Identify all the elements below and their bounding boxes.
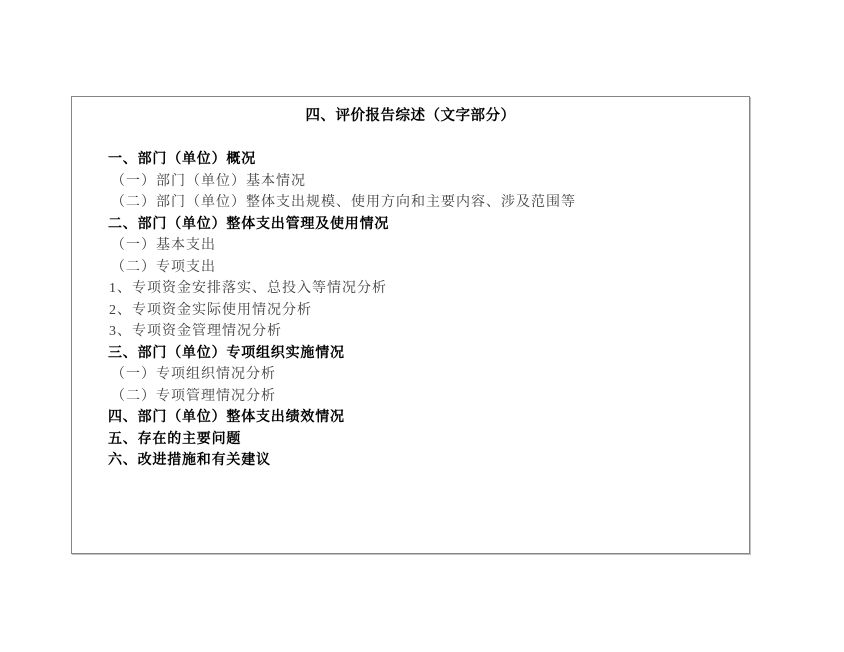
report-outline-box: 四、评价报告综述（文字部分） 一、部门（单位）概况（一）部门（单位）基本情况（二… xyxy=(71,96,750,554)
outline-item: （一）专项组织情况分析 xyxy=(72,364,749,386)
outline-item: 二、部门（单位）整体支出管理及使用情况 xyxy=(72,214,749,236)
outline-list: 一、部门（单位）概况（一）部门（单位）基本情况（二）部门（单位）整体支出规模、使… xyxy=(72,149,749,472)
outline-item: （二）专项管理情况分析 xyxy=(72,386,749,408)
document-page: 四、评价报告综述（文字部分） 一、部门（单位）概况（一）部门（单位）基本情况（二… xyxy=(0,0,844,652)
outline-item: （二）部门（单位）整体支出规模、使用方向和主要内容、涉及范围等 xyxy=(72,192,749,214)
outline-item: （一）基本支出 xyxy=(72,235,749,257)
outline-item: （二）专项支出 xyxy=(72,257,749,279)
section-title: 四、评价报告综述（文字部分） xyxy=(72,106,749,128)
outline-item: 一、部门（单位）概况 xyxy=(72,149,749,171)
outline-item: 2、专项资金实际使用情况分析 xyxy=(72,300,749,322)
outline-item: 3、专项资金管理情况分析 xyxy=(72,321,749,343)
outline-item: 六、改进措施和有关建议 xyxy=(72,450,749,472)
outline-item: 1、专项资金安排落实、总投入等情况分析 xyxy=(72,278,749,300)
outline-item: 三、部门（单位）专项组织实施情况 xyxy=(72,343,749,365)
outline-item: （一）部门（单位）基本情况 xyxy=(72,171,749,193)
outline-item: 五、存在的主要问题 xyxy=(72,429,749,451)
outline-item: 四、部门（单位）整体支出绩效情况 xyxy=(72,407,749,429)
